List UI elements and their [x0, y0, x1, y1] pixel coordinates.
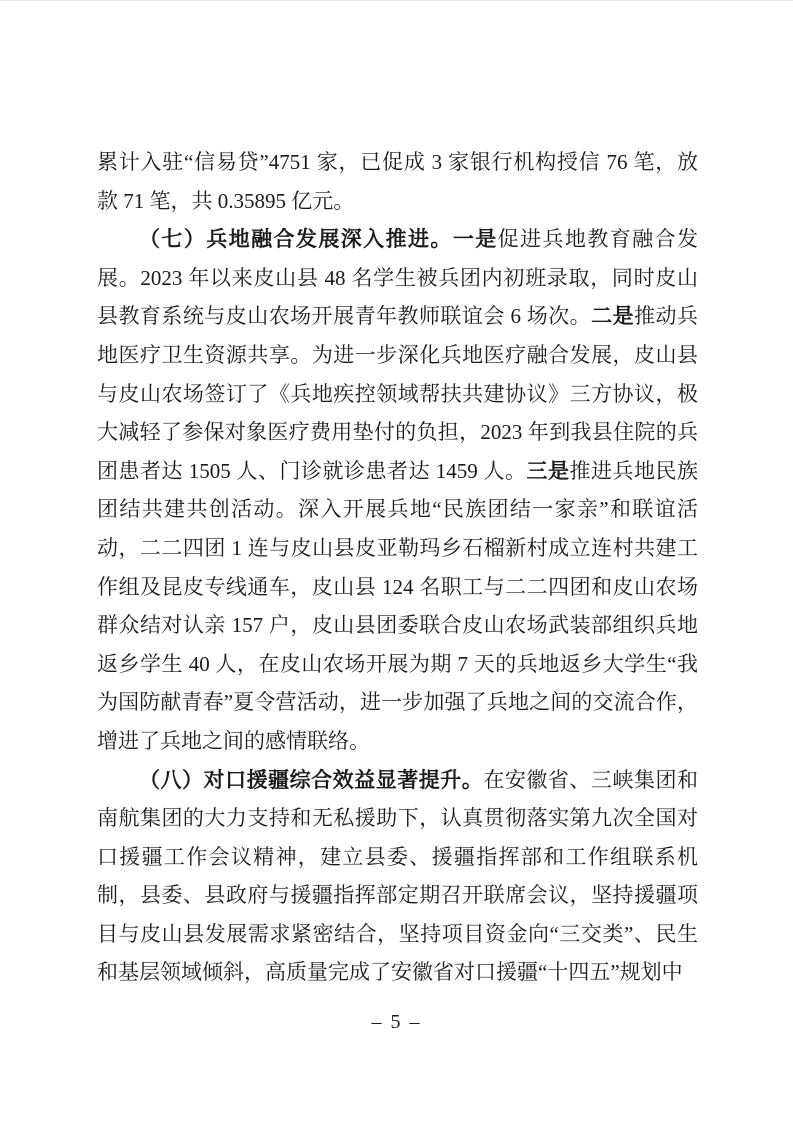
list-marker-third: 三是: [527, 459, 570, 483]
page-number: – 5 –: [372, 1011, 422, 1033]
text-segment: 在安徽省、三峡集团和南航集团的大力支持和无私援助下，认真贯彻落实第九次全国对口援…: [97, 768, 698, 985]
paragraph-section-8: （八）对口援疆综合效益显著提升。在安徽省、三峡集团和南航集团的大力支持和无私援助…: [97, 761, 698, 993]
text-segment: 推进兵地民族团结共建共创活动。深入开展兵地“民族团结一家亲”和联谊活动，二二四团…: [97, 459, 698, 753]
paragraph-continuation: 累计入驻“信易贷”4751 家，已促成 3 家银行机构授信 76 笔，放款 71…: [97, 143, 698, 220]
section-7-heading: （七）兵地融合发展深入推进。一是: [139, 227, 498, 251]
page-footer: – 5 –: [0, 1007, 793, 1037]
document-page: 累计入驻“信易贷”4751 家，已促成 3 家银行机构授信 76 笔，放款 71…: [0, 0, 793, 1122]
text-segment: 累计入驻“信易贷”4751 家，已促成 3 家银行机构授信 76 笔，放款 71…: [97, 150, 698, 213]
text-segment: 推动兵地医疗卫生资源共享。为进一步深化兵地医疗融合发展，皮山县与皮山农场签订了《…: [97, 304, 698, 482]
section-8-heading: （八）对口援疆综合效益显著提升。: [139, 768, 483, 792]
document-body: 累计入驻“信易贷”4751 家，已促成 3 家银行机构授信 76 笔，放款 71…: [97, 143, 698, 992]
paragraph-section-7: （七）兵地融合发展深入推进。一是促进兵地教育融合发展。2023 年以来皮山县 4…: [97, 220, 698, 760]
list-marker-second: 二是: [591, 304, 634, 328]
